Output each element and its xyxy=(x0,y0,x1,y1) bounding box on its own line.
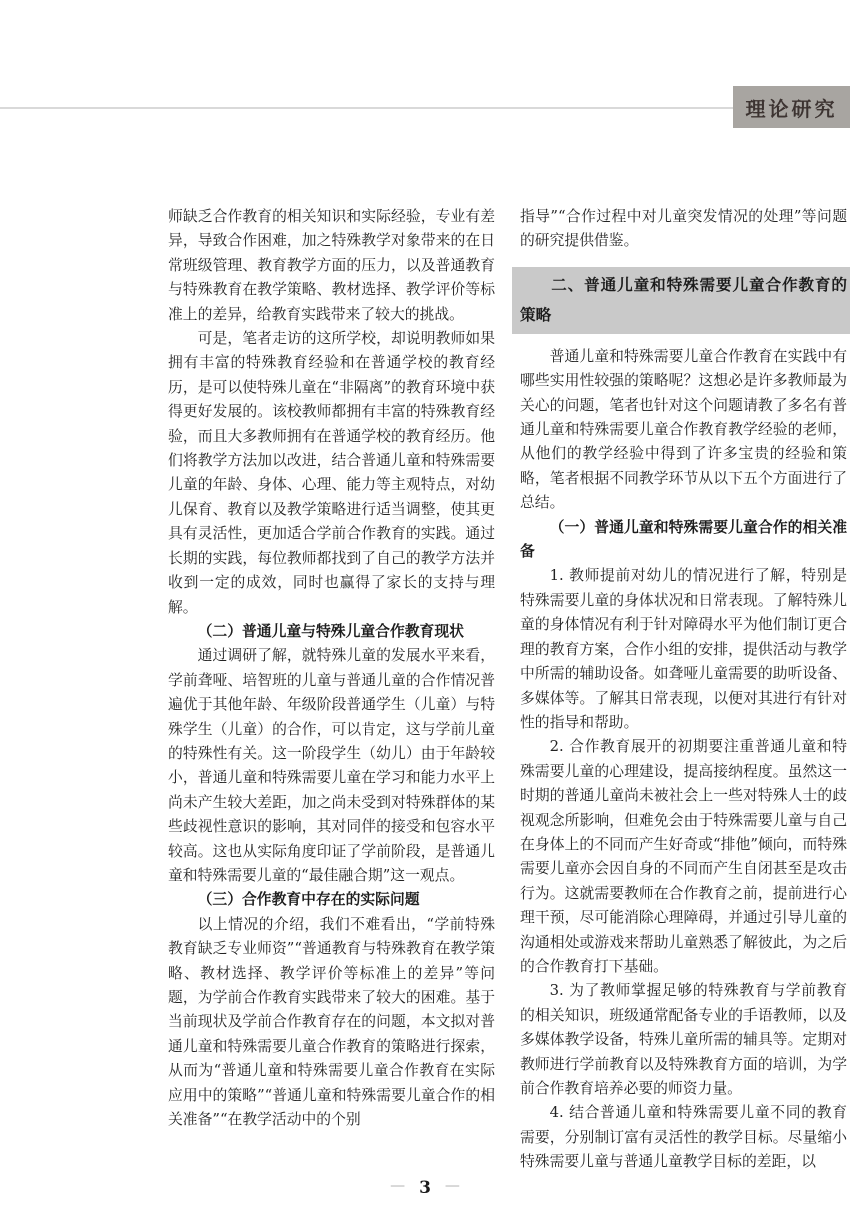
paragraph: 普通儿童和特殊需要儿童合作教育在实践中有哪些实用性较强的策略呢？这想必是许多教师… xyxy=(520,345,847,516)
paragraph: 3. 为了教师掌握足够的特殊教育与学前教育的相关知识，班级通常配备专业的手语教师… xyxy=(520,979,847,1101)
page-footer: —3— xyxy=(0,1178,850,1198)
paragraph: 通过调研了解，就特殊儿童的发展水平来看，学前聋哑、培智班的儿童与普通儿童的合作情… xyxy=(168,644,495,888)
header-divider xyxy=(0,107,850,109)
subheading-current-status: （二）普通儿童与特殊儿童合作教育现状 xyxy=(168,620,495,644)
paragraph: 以上情况的介绍，我们不难看出，“学前特殊教育缺乏专业师资”“普通教育与特殊教育在… xyxy=(168,913,495,1133)
paragraph: 4. 结合普通儿童和特殊需要儿童不同的教育需要，分别制订富有灵活性的教学目标。尽… xyxy=(520,1101,847,1174)
journal-page: 理论研究 师缺乏合作教育的相关知识和实际经验，专业有差异，导致合作困难，加之特殊… xyxy=(0,0,850,1219)
footer-left-dash: — xyxy=(390,1176,405,1194)
section-heading-strategies: 二、普通儿童和特殊需要儿童合作教育的策略 xyxy=(512,267,850,334)
subheading-preparation: （一）普通儿童和特殊需要儿童合作的相关准备 xyxy=(520,516,847,565)
right-column: 指导”“合作过程中对儿童突发情况的处理”等问题的研究提供借鉴。 二、普通儿童和特… xyxy=(520,205,847,1175)
section-category-badge: 理论研究 xyxy=(733,86,850,128)
paragraph-continuation: 师缺乏合作教育的相关知识和实际经验，专业有差异，导致合作困难，加之特殊教学对象带… xyxy=(168,205,495,327)
paragraph-continuation: 指导”“合作过程中对儿童突发情况的处理”等问题的研究提供借鉴。 xyxy=(520,205,847,254)
footer-right-dash: — xyxy=(445,1176,460,1194)
paragraph: 1. 教师提前对幼儿的情况进行了解，特别是特殊需要儿童的身体状况和日常表现。了解… xyxy=(520,564,847,735)
paragraph: 可是，笔者走访的这所学校，却说明教师如果拥有丰富的特殊教育经验和在普通学校的教育… xyxy=(168,327,495,620)
left-column: 师缺乏合作教育的相关知识和实际经验，专业有差异，导致合作困难，加之特殊教学对象带… xyxy=(168,205,495,1132)
page-number: 3 xyxy=(419,1178,431,1198)
paragraph: 2. 合作教育展开的初期要注重普通儿童和特殊需要儿童的心理建设，提高接纳程度。虽… xyxy=(520,735,847,979)
subheading-practical-problems: （三）合作教育中存在的实际问题 xyxy=(168,888,495,912)
